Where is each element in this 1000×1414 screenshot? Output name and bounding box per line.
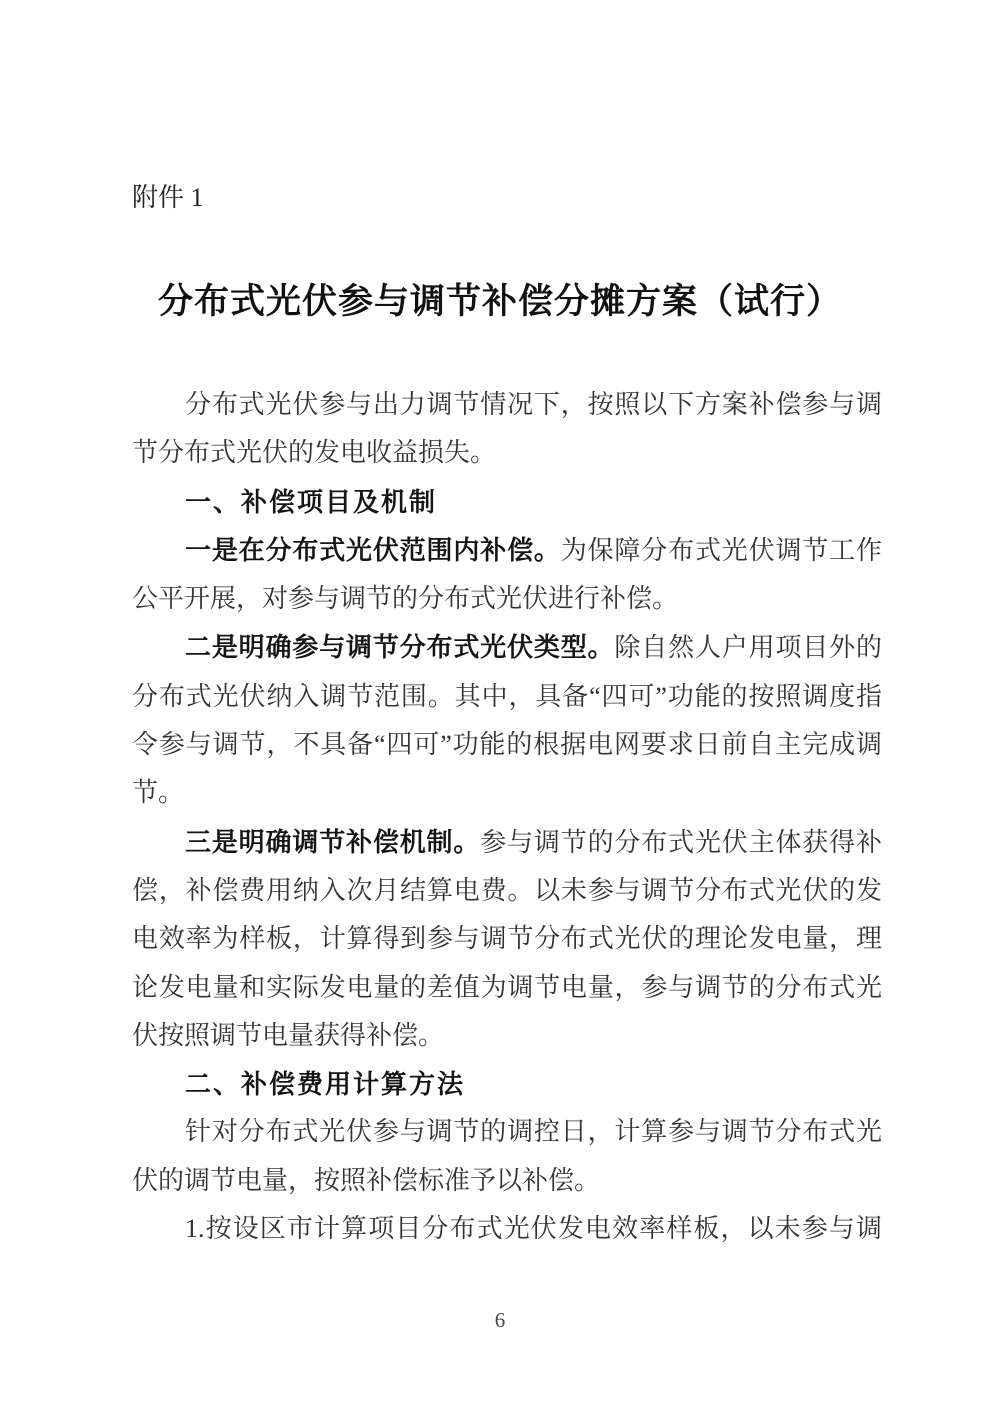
line-text: 节分布式光伏的发电收益损失。: [132, 438, 496, 467]
line-text: 电效率为样板，计算得到参与调节分布式光伏的理论发电量，理: [132, 924, 882, 953]
text-line: 1.按设区市计算项目分布式光伏发电效率样板，以未参与调: [132, 1205, 882, 1253]
text-line: 伏按照调节电量获得补偿。: [132, 1012, 882, 1060]
paragraph: 二是明确参与调节分布式光伏类型。除自然人户用项目外的分布式光伏纳入调节范围。其中…: [132, 623, 882, 817]
section-heading: 二、补偿费用计算方法: [132, 1060, 882, 1108]
document-body: 分布式光伏参与出力调节情况下，按照以下方案补偿参与调节分布式光伏的发电收益损失。…: [132, 381, 882, 1253]
line-text: 针对分布式光伏参与调节的调控日，计算参与调节分布式光: [185, 1117, 882, 1146]
line-text: 一、补偿项目及机制: [185, 487, 437, 517]
line-text: 伏的调节电量，按照补偿标准予以补偿。: [132, 1166, 600, 1195]
text-line: 论发电量和实际发电量的差值为调节电量，参与调节的分布式光: [132, 964, 882, 1012]
paragraph: 分布式光伏参与出力调节情况下，按照以下方案补偿参与调节分布式光伏的发电收益损失。: [132, 381, 882, 478]
line-text: 分布式光伏纳入调节范围。其中，具备“四可”功能的按照调度指: [132, 682, 882, 711]
text-line: 分布式光伏纳入调节范围。其中，具备“四可”功能的按照调度指: [132, 673, 882, 721]
text-line: 一是在分布式光伏范围内补偿。为保障分布式光伏调节工作: [132, 526, 882, 575]
line-text: 分布式光伏参与出力调节情况下，按照以下方案补偿参与调: [185, 390, 882, 419]
section-heading: 一、补偿项目及机制: [132, 478, 882, 526]
text-line: 令参与调节，不具备“四可”功能的根据电网要求日前自主完成调: [132, 721, 882, 769]
line-text: 节。: [132, 778, 184, 807]
text-line: 针对分布式光伏参与调节的调控日，计算参与调节分布式光: [132, 1108, 882, 1156]
line-text: 二、补偿费用计算方法: [185, 1069, 465, 1099]
paragraph: 1.按设区市计算项目分布式光伏发电效率样板，以未参与调: [132, 1205, 882, 1253]
text-line: 节。: [132, 769, 882, 817]
paragraph: 一是在分布式光伏范围内补偿。为保障分布式光伏调节工作公平开展，对参与调节的分布式…: [132, 526, 882, 624]
page-number: 6: [0, 1308, 1000, 1333]
text-line: 二、补偿费用计算方法: [132, 1060, 882, 1108]
bold-lead-in: 二是明确参与调节分布式光伏类型。: [185, 632, 614, 662]
bold-lead-in: 一是在分布式光伏范围内补偿。: [185, 535, 561, 565]
line-text: 伏按照调节电量获得补偿。: [132, 1021, 444, 1050]
text-line: 一、补偿项目及机制: [132, 478, 882, 526]
text-line: 电效率为样板，计算得到参与调节分布式光伏的理论发电量，理: [132, 915, 882, 963]
line-text: 论发电量和实际发电量的差值为调节电量，参与调节的分布式光: [132, 973, 882, 1002]
document-page: 附件 1 分布式光伏参与调节补偿分摊方案（试行） 分布式光伏参与出力调节情况下，…: [0, 0, 1000, 1414]
text-line: 偿，补偿费用纳入次月结算电费。以未参与调节分布式光伏的发: [132, 867, 882, 915]
text-line: 伏的调节电量，按照补偿标准予以补偿。: [132, 1157, 882, 1205]
line-text: 除自然人户用项目外的: [614, 633, 882, 662]
line-text: 1.按设区市计算项目分布式光伏发电效率样板，以未参与调: [185, 1214, 882, 1243]
line-text: 为保障分布式光伏调节工作: [561, 536, 882, 565]
text-line: 节分布式光伏的发电收益损失。: [132, 429, 882, 477]
document-title: 分布式光伏参与调节补偿分摊方案（试行）: [0, 281, 1000, 323]
line-text: 公平开展，对参与调节的分布式光伏进行补偿。: [132, 584, 678, 613]
text-line: 二是明确参与调节分布式光伏类型。除自然人户用项目外的: [132, 623, 882, 672]
text-line: 三是明确调节补偿机制。参与调节的分布式光伏主体获得补: [132, 818, 882, 867]
line-text: 偿，补偿费用纳入次月结算电费。以未参与调节分布式光伏的发: [132, 876, 882, 905]
paragraph: 三是明确调节补偿机制。参与调节的分布式光伏主体获得补偿，补偿费用纳入次月结算电费…: [132, 818, 882, 1060]
line-text: 参与调节的分布式光伏主体获得补: [480, 828, 882, 857]
paragraph: 针对分布式光伏参与调节的调控日，计算参与调节分布式光伏的调节电量，按照补偿标准予…: [132, 1108, 882, 1205]
text-line: 分布式光伏参与出力调节情况下，按照以下方案补偿参与调: [132, 381, 882, 429]
line-text: 令参与调节，不具备“四可”功能的根据电网要求日前自主完成调: [132, 730, 882, 759]
bold-lead-in: 三是明确调节补偿机制。: [185, 827, 480, 857]
attachment-label: 附件 1: [132, 184, 204, 213]
text-line: 公平开展，对参与调节的分布式光伏进行补偿。: [132, 575, 882, 623]
